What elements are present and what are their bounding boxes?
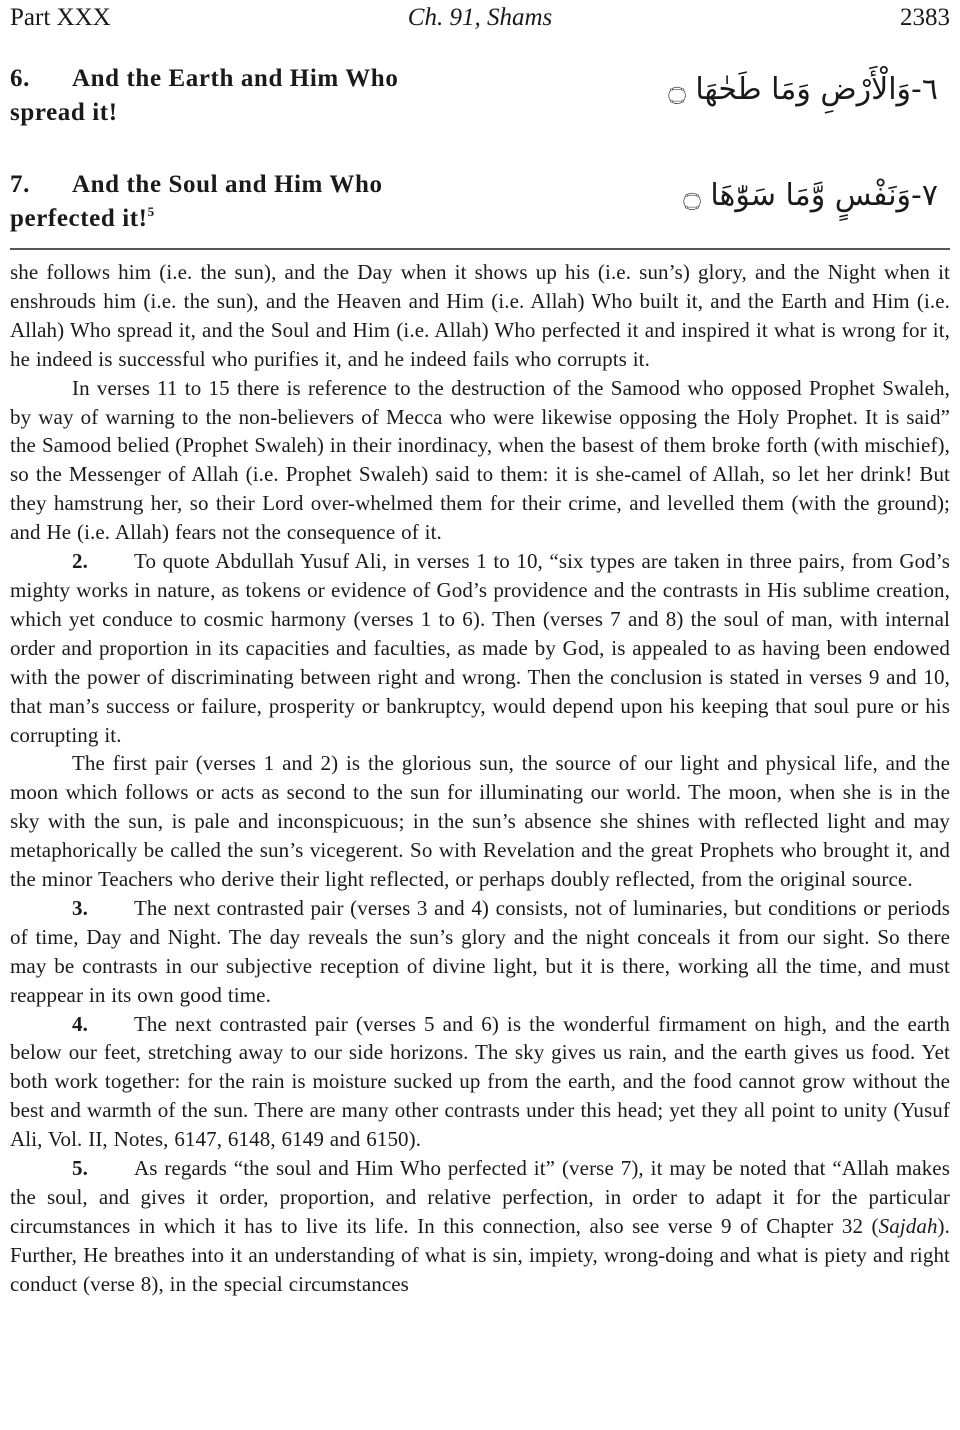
verse-number: 6. <box>10 62 72 96</box>
book-page: Part XXX Ch. 91, Shams 2383 6.And the Ea… <box>10 0 950 1299</box>
footnote-ref: 5 <box>148 204 155 219</box>
footnote-text: The next contrasted pair (verses 3 and 4… <box>10 896 950 1007</box>
commentary-paragraph: In verses 11 to 15 there is reference to… <box>10 374 950 547</box>
footnote-number: 2. <box>72 547 134 576</box>
footnote-number: 4. <box>72 1010 134 1039</box>
page-number: 2383 <box>900 0 950 36</box>
commentary-paragraph: The first pair (verses 1 and 2) is the g… <box>10 749 950 894</box>
running-head: Part XXX Ch. 91, Shams 2383 <box>10 0 950 36</box>
footnote-3: 3.The next contrasted pair (verses 3 and… <box>10 894 950 1010</box>
commentary: she follows him (i.e. the sun), and the … <box>10 258 950 1299</box>
footnote-number: 3. <box>72 894 134 923</box>
verse-number: 7. <box>10 168 72 202</box>
footnote-2: 2.To quote Abdullah Yusuf Ali, in verses… <box>10 547 950 749</box>
verse-arabic: ٦-وَالْأَرْضِ وَمَا طَحٰهَا ۝ <box>668 68 938 112</box>
verse-arabic: ٧-وَنَفْسٍ وَّمَا سَوّٰهَا ۝ <box>683 174 938 218</box>
footnote-text: As regards “the soul and Him Who perfect… <box>10 1156 950 1238</box>
footnote-text: To quote Abdullah Yusuf Ali, in verses 1… <box>10 549 950 746</box>
commentary-paragraph: she follows him (i.e. the sun), and the … <box>10 258 950 374</box>
footnote-text: The next contrasted pair (verses 5 and 6… <box>10 1012 950 1152</box>
chapter-title: Ch. 91, Shams <box>10 0 950 36</box>
verse-translation: 7.And the Soul and Him Who perfected it!… <box>10 168 430 236</box>
verse-translation: 6.And the Earth and Him Who spread it! <box>10 62 430 130</box>
verse-6: 6.And the Earth and Him Who spread it! ٦… <box>10 62 950 144</box>
section-divider <box>10 248 950 250</box>
footnote-4: 4.The next contrasted pair (verses 5 and… <box>10 1010 950 1155</box>
verse-7: 7.And the Soul and Him Who perfected it!… <box>10 168 950 248</box>
chapter-name-italic: Sajdah <box>879 1214 938 1238</box>
footnote-number: 5. <box>72 1154 134 1183</box>
footnote-5: 5.As regards “the soul and Him Who perfe… <box>10 1154 950 1299</box>
